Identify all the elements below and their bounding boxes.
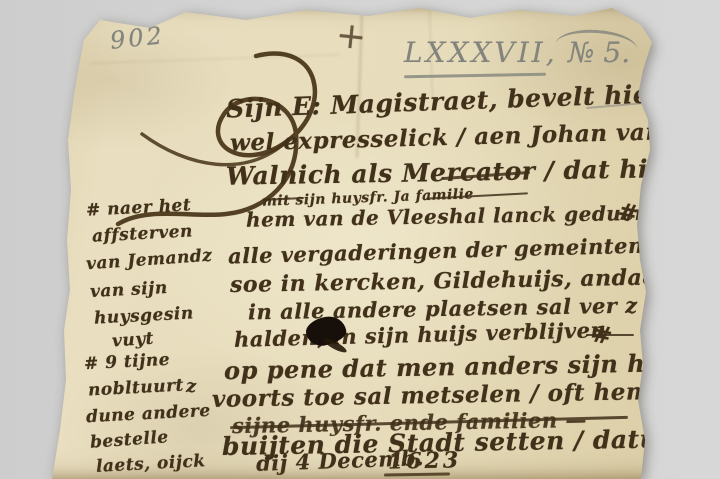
paper-shadow: 902 + LXXXVII, № 5. Sijn E: Magistraet, …: [0, 0, 720, 479]
margin-note-line: van sijn: [90, 278, 169, 302]
body-line: Walnich als Mercator / dat hij: [226, 154, 658, 191]
pencil-underline-folio: [404, 73, 546, 78]
margin-note-line: bestelle: [89, 427, 169, 452]
hash-strike: [586, 334, 634, 336]
margin-note-line: huysgesin: [94, 303, 195, 328]
folio-roman-numeral: LXXXVII,: [404, 36, 558, 69]
manuscript-page: 902 + LXXXVII, № 5. Sijn E: Magistraet, …: [0, 0, 720, 479]
date-year: 1623: [388, 447, 462, 474]
manuscript-photo: 902 + LXXXVII, № 5. Sijn E: Magistraet, …: [0, 0, 720, 479]
margin-note-line: van Jemandz: [85, 246, 213, 275]
insertion-z-mark: z: [186, 376, 197, 397]
margin-note-line: nobltuurt: [88, 376, 185, 401]
margin-note-line: vuyt: [111, 329, 154, 352]
year-underline: [384, 472, 450, 476]
margin-note-line: laets, oijck: [96, 451, 207, 477]
margin-note-line: # 9 tijne: [84, 350, 171, 374]
margin-note-line: dune andere: [86, 401, 212, 427]
insertion-hash-mark: #: [615, 196, 641, 229]
margin-note-line: affsterven: [92, 221, 194, 246]
